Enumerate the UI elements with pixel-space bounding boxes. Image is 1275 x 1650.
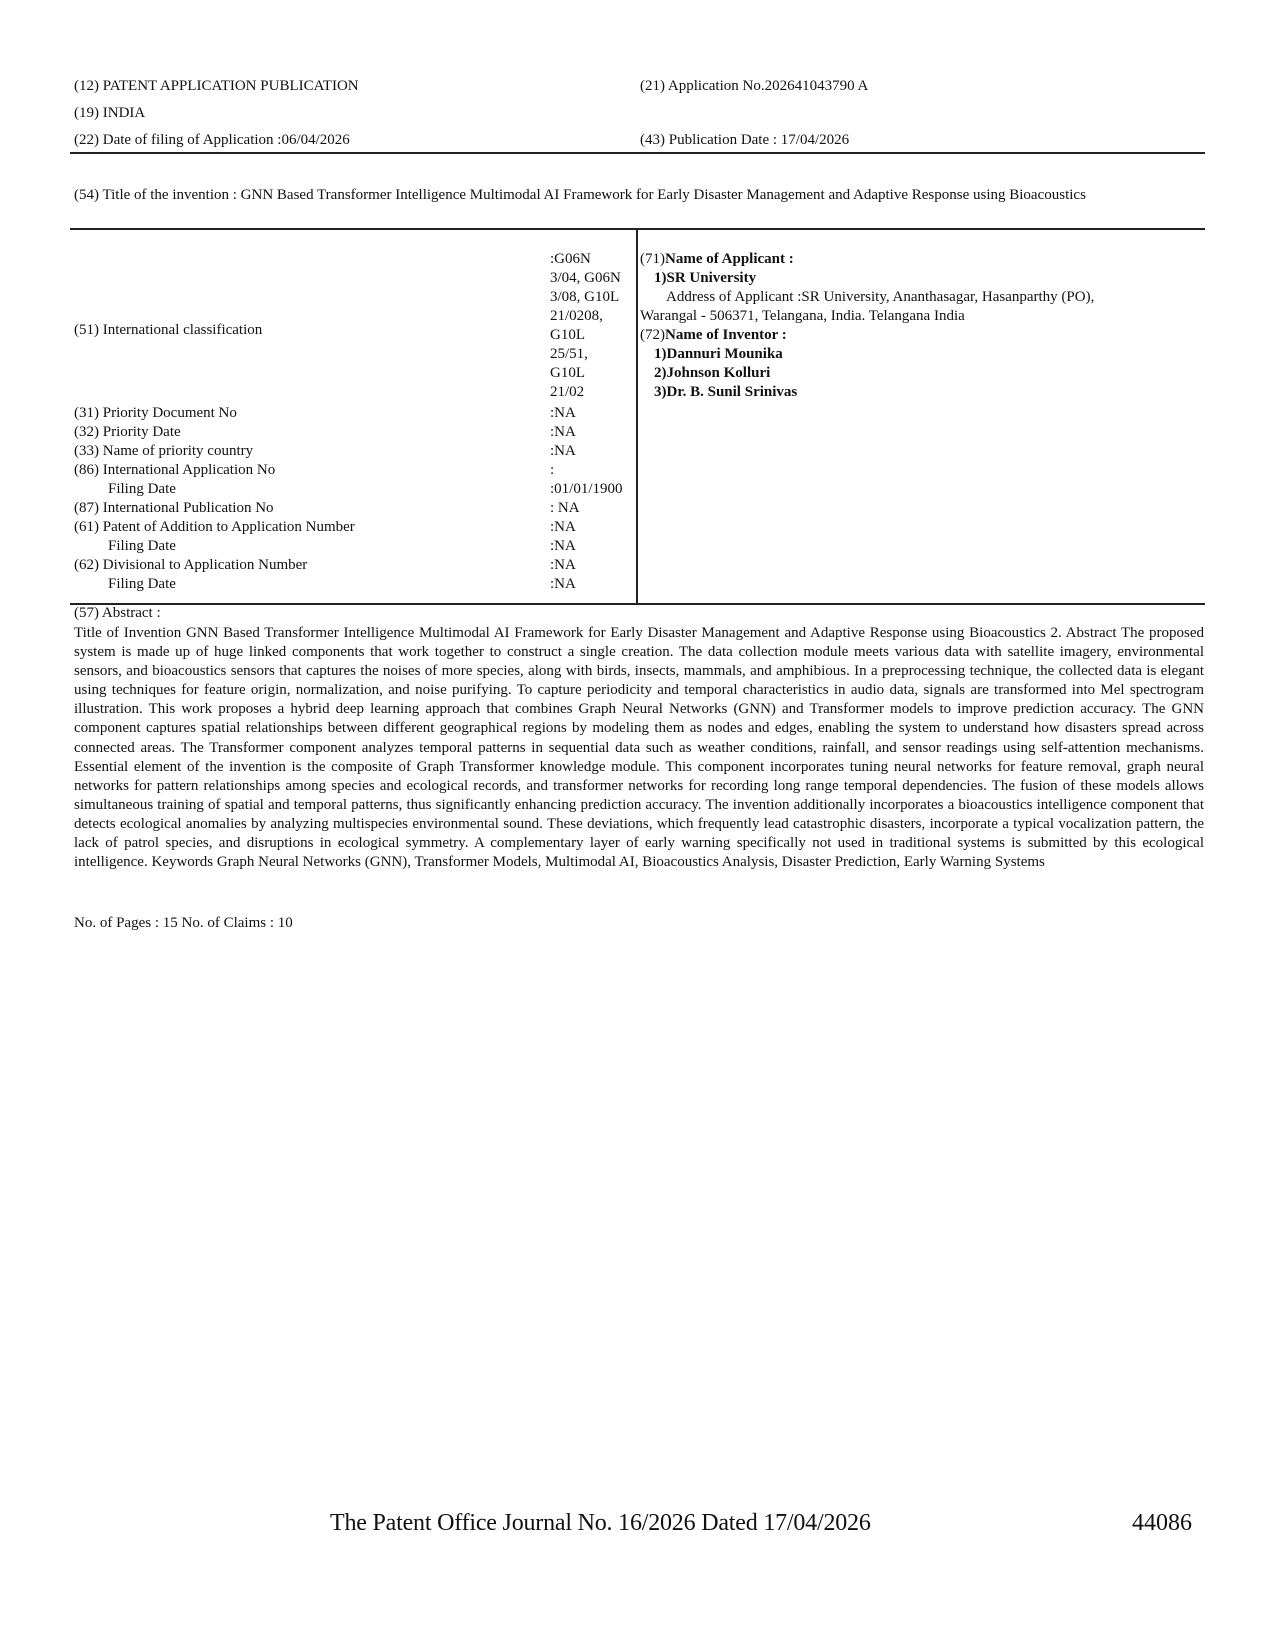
inventor-heading: (72)Name of Inventor : <box>640 326 1205 345</box>
classification-value: 21/0208, <box>550 307 636 326</box>
applicant-inventor-block: (71)Name of Applicant : 1)SR University … <box>640 250 1205 402</box>
inventor-2: 2)Johnson Kolluri <box>640 364 1205 383</box>
pages-claims-count: No. of Pages : 15 No. of Claims : 10 <box>74 914 293 933</box>
field-label: (61) Patent of Addition to Application N… <box>74 518 355 537</box>
applicant-heading-text: Name of Applicant : <box>665 251 794 267</box>
inventor-heading-text: Name of Inventor : <box>665 327 787 343</box>
classification-value: :G06N <box>550 250 636 269</box>
publication-type: (12) PATENT APPLICATION PUBLICATION <box>74 77 359 96</box>
applicant-name: 1)SR University <box>640 269 1205 288</box>
abstract-text: Title of Invention GNN Based Transformer… <box>74 624 1204 872</box>
journal-footer: The Patent Office Journal No. 16/2026 Da… <box>330 1510 871 1537</box>
header-divider <box>70 152 1205 154</box>
field-label: (87) International Publication No <box>74 499 355 518</box>
field-value: :NA <box>550 423 636 442</box>
publication-date: (43) Publication Date : 17/04/2026 <box>640 131 849 150</box>
table-bottom-divider <box>70 603 1205 605</box>
classification-value: 3/08, G10L <box>550 288 636 307</box>
field-value: :01/01/1900 <box>550 480 636 499</box>
classification-value: G10L <box>550 364 636 383</box>
journal-page-number: 44086 <box>1132 1510 1192 1537</box>
applicant-heading-prefix: (71) <box>640 251 665 267</box>
field-value: :NA <box>550 404 636 423</box>
classification-value: G10L <box>550 326 636 345</box>
classification-value: 21/02 <box>550 383 636 402</box>
applicant-address-line1: Address of Applicant :SR University, Ana… <box>640 288 1205 307</box>
inventor-heading-prefix: (72) <box>640 327 665 343</box>
filing-date: (22) Date of filing of Application :06/0… <box>74 131 350 150</box>
field-value: : <box>550 461 636 480</box>
field-label: (62) Divisional to Application Number <box>74 556 355 575</box>
classification-value: 3/04, G06N <box>550 269 636 288</box>
field-label: (31) Priority Document No <box>74 404 355 423</box>
country: (19) INDIA <box>74 104 145 123</box>
classification-values: :G06N3/04, G06N3/08, G10L21/0208,G10L25/… <box>550 250 636 402</box>
abstract-label: (57) Abstract : <box>74 604 161 623</box>
field-label: (33) Name of priority country <box>74 442 355 461</box>
field-value: :NA <box>550 575 636 594</box>
field-label: (32) Priority Date <box>74 423 355 442</box>
inventor-1: 1)Dannuri Mounika <box>640 345 1205 364</box>
field-value: :NA <box>550 537 636 556</box>
applicant-address-line2: Warangal - 506371, Telangana, India. Tel… <box>640 307 1205 326</box>
field-value: :NA <box>550 556 636 575</box>
patent-publication-page: (12) PATENT APPLICATION PUBLICATION (21)… <box>0 0 1275 1650</box>
field-value: :NA <box>550 518 636 537</box>
column-divider <box>636 230 638 604</box>
field-label: (86) International Application No <box>74 461 355 480</box>
classification-label: (51) International classification <box>74 321 262 340</box>
classification-label-wrap: (51) International classification <box>74 321 262 340</box>
field-value: : NA <box>550 499 636 518</box>
invention-title: (54) Title of the invention : GNN Based … <box>74 186 1194 205</box>
bibliographic-field-values: :NA:NA:NA::01/01/1900: NA:NA:NA:NA:NA <box>550 404 636 594</box>
applicant-heading: (71)Name of Applicant : <box>640 250 1205 269</box>
field-label: Filing Date <box>74 537 355 556</box>
field-label: Filing Date <box>74 480 355 499</box>
classification-value: 25/51, <box>550 345 636 364</box>
field-label: Filing Date <box>74 575 355 594</box>
application-number: (21) Application No.202641043790 A <box>640 77 868 96</box>
field-value: :NA <box>550 442 636 461</box>
inventor-3: 3)Dr. B. Sunil Srinivas <box>640 383 1205 402</box>
bibliographic-field-labels: (31) Priority Document No(32) Priority D… <box>74 404 355 594</box>
